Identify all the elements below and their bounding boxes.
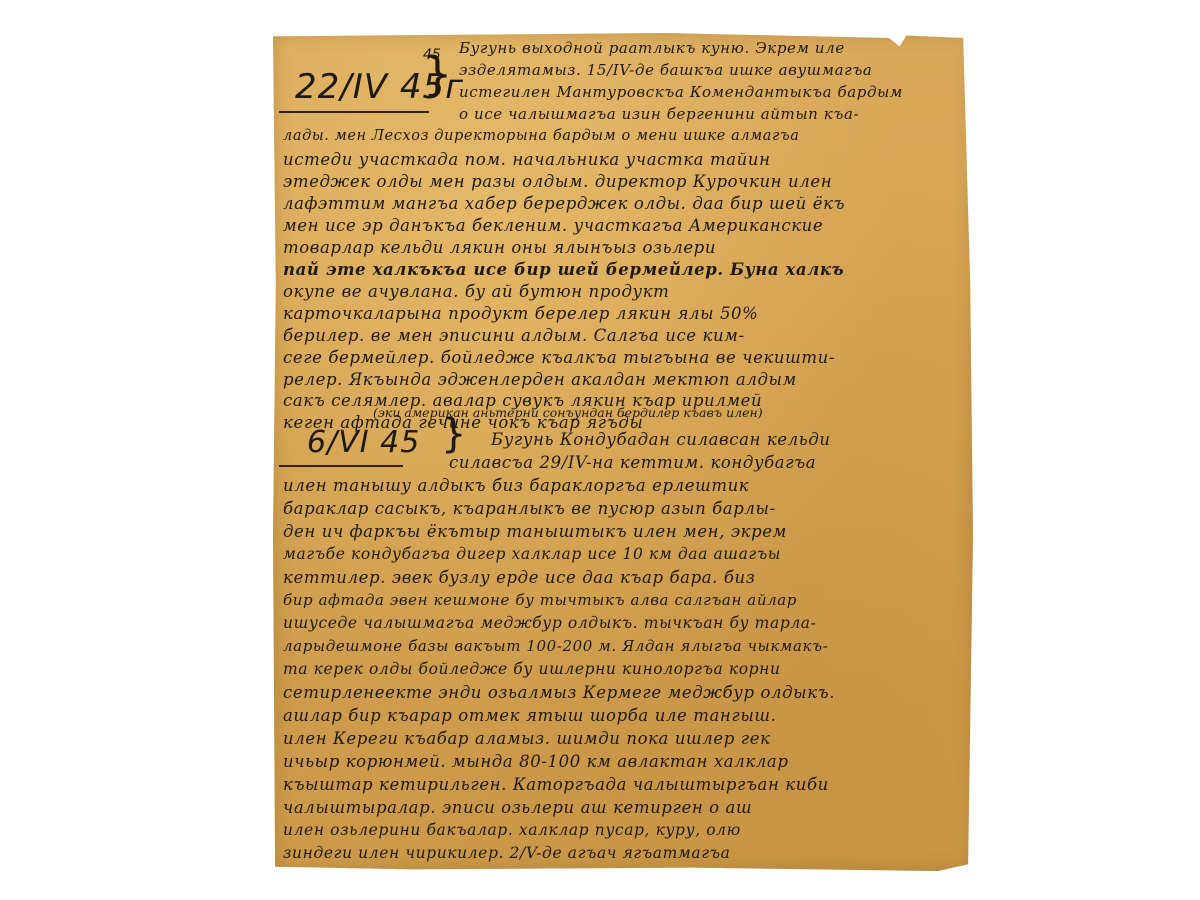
entry-1-line: о исе чалышмагъа изин бергенини айтып къ…: [459, 105, 859, 123]
entry-2-line: Бугунь Кондубадан силавсан кельди: [491, 430, 831, 449]
entry-1-line: истеди участкада пом. начальника участка…: [283, 150, 771, 169]
entry-2-underline: [279, 465, 403, 467]
entry-1-line: карточкаларына продукт берелер лякин ялы…: [283, 304, 758, 323]
entry-2-line: ичьыр корюнмей. мында 80-100 км авлактан…: [283, 752, 788, 771]
entry-1-line: Бугунь выходной раатлыкъ куню. Экрем иле: [459, 39, 845, 57]
entry-2-line: бир афтада эвен кешмоне бу тычтыкъ алва …: [283, 591, 797, 609]
entry-2-line: илен танышу алдыкъ биз бараклоргъа ерлеш…: [283, 476, 749, 495]
entry-1-line: берилер. ве мен эписини алдым. Салгъа ис…: [283, 326, 745, 345]
entry-2-line: сетирленеекте энди озьалмыз Кермеге медж…: [283, 683, 835, 702]
entry-2-date: 6/VI 45: [307, 425, 420, 460]
entry-2-line: ден ич фаркъы ёкътыр таныштыкъ илен мен,…: [283, 522, 787, 541]
entry-2-line: къыштар кетирильген. Каторгъада чалыштыр…: [283, 775, 829, 794]
entry-1-line: лады. мен Лесхоз директорына бардым о ме…: [283, 128, 799, 144]
entry-1-line: товарлар кельди лякин оны ялынъыз озьлер…: [283, 238, 716, 257]
entry-2-line: ишуседе чалышмагъа меджбур олдыкъ. тычкъ…: [283, 614, 817, 632]
entry-1-line: релер. Якъында эдженлерден акалдан мектю…: [283, 370, 797, 389]
entry-1-note: (эки американ аньтерни сонъундан бердиле…: [373, 405, 763, 420]
entry-2-brace: }: [441, 411, 466, 457]
entry-1-line: истегилен Мантуровскъа Комендантыкъа бар…: [459, 83, 903, 101]
entry-2-line: та керек олды бойледже бу ишлерни киноло…: [283, 660, 781, 678]
entry-2-line: чалыштыралар. эписи озьлери аш кетирген …: [283, 798, 752, 817]
entry-2-line: илен Кереги къабар аламыз. шимди пока иш…: [283, 729, 771, 748]
entry-2-line: магъбе кондубагъа дигер халклар исе 10 к…: [283, 545, 781, 563]
entry-2-line: ашлар бир къарар отмек ятыш шорба иле та…: [283, 706, 776, 725]
letter-page: 45 22/IV 45г } Бугунь выходной раатлыкъ …: [273, 33, 973, 871]
entry-2-line: зиндеги илен чирикилер. 2/V-де агъач ягъ…: [283, 844, 730, 862]
entry-2-line: илен озьлерини бакъалар. халклар пусар, …: [283, 821, 741, 839]
entry-1-line: этеджек олды мен разы олдым. директор Ку…: [283, 172, 832, 191]
entry-1-line: лафэттим мангъа хабер берерджек олды. да…: [283, 194, 845, 213]
entry-1-line: окупе ве ачувлана. бу ай бутюн продукт: [283, 282, 669, 301]
entry-1-line: эзделятамыз. 15/IV-де башкъа ишке авушма…: [459, 61, 872, 79]
entry-1-line: пай эте халкъкъа исе бир шей бермейлер. …: [283, 260, 844, 279]
entry-1-line: сеге бермейлер. бойледже къалкъа тыгъына…: [283, 348, 835, 367]
entry-2-line: силавсъа 29/IV-на кеттим. кондубагъа: [449, 453, 816, 472]
entry-1-brace: }: [423, 47, 452, 101]
entry-2-line: ларыдешмоне базы вакъыт 100-200 м. Ялдан…: [283, 637, 828, 655]
entry-1-underline: [279, 111, 429, 113]
entry-2-line: бараклар сасыкъ, къаранлыкъ ве пусюр азы…: [283, 499, 776, 518]
entry-1-line: мен исе эр данъкъа бекленим. участкагъа …: [283, 216, 823, 235]
entry-2-line: кеттилер. эвек бузлу ерде исе даа къар б…: [283, 568, 755, 587]
